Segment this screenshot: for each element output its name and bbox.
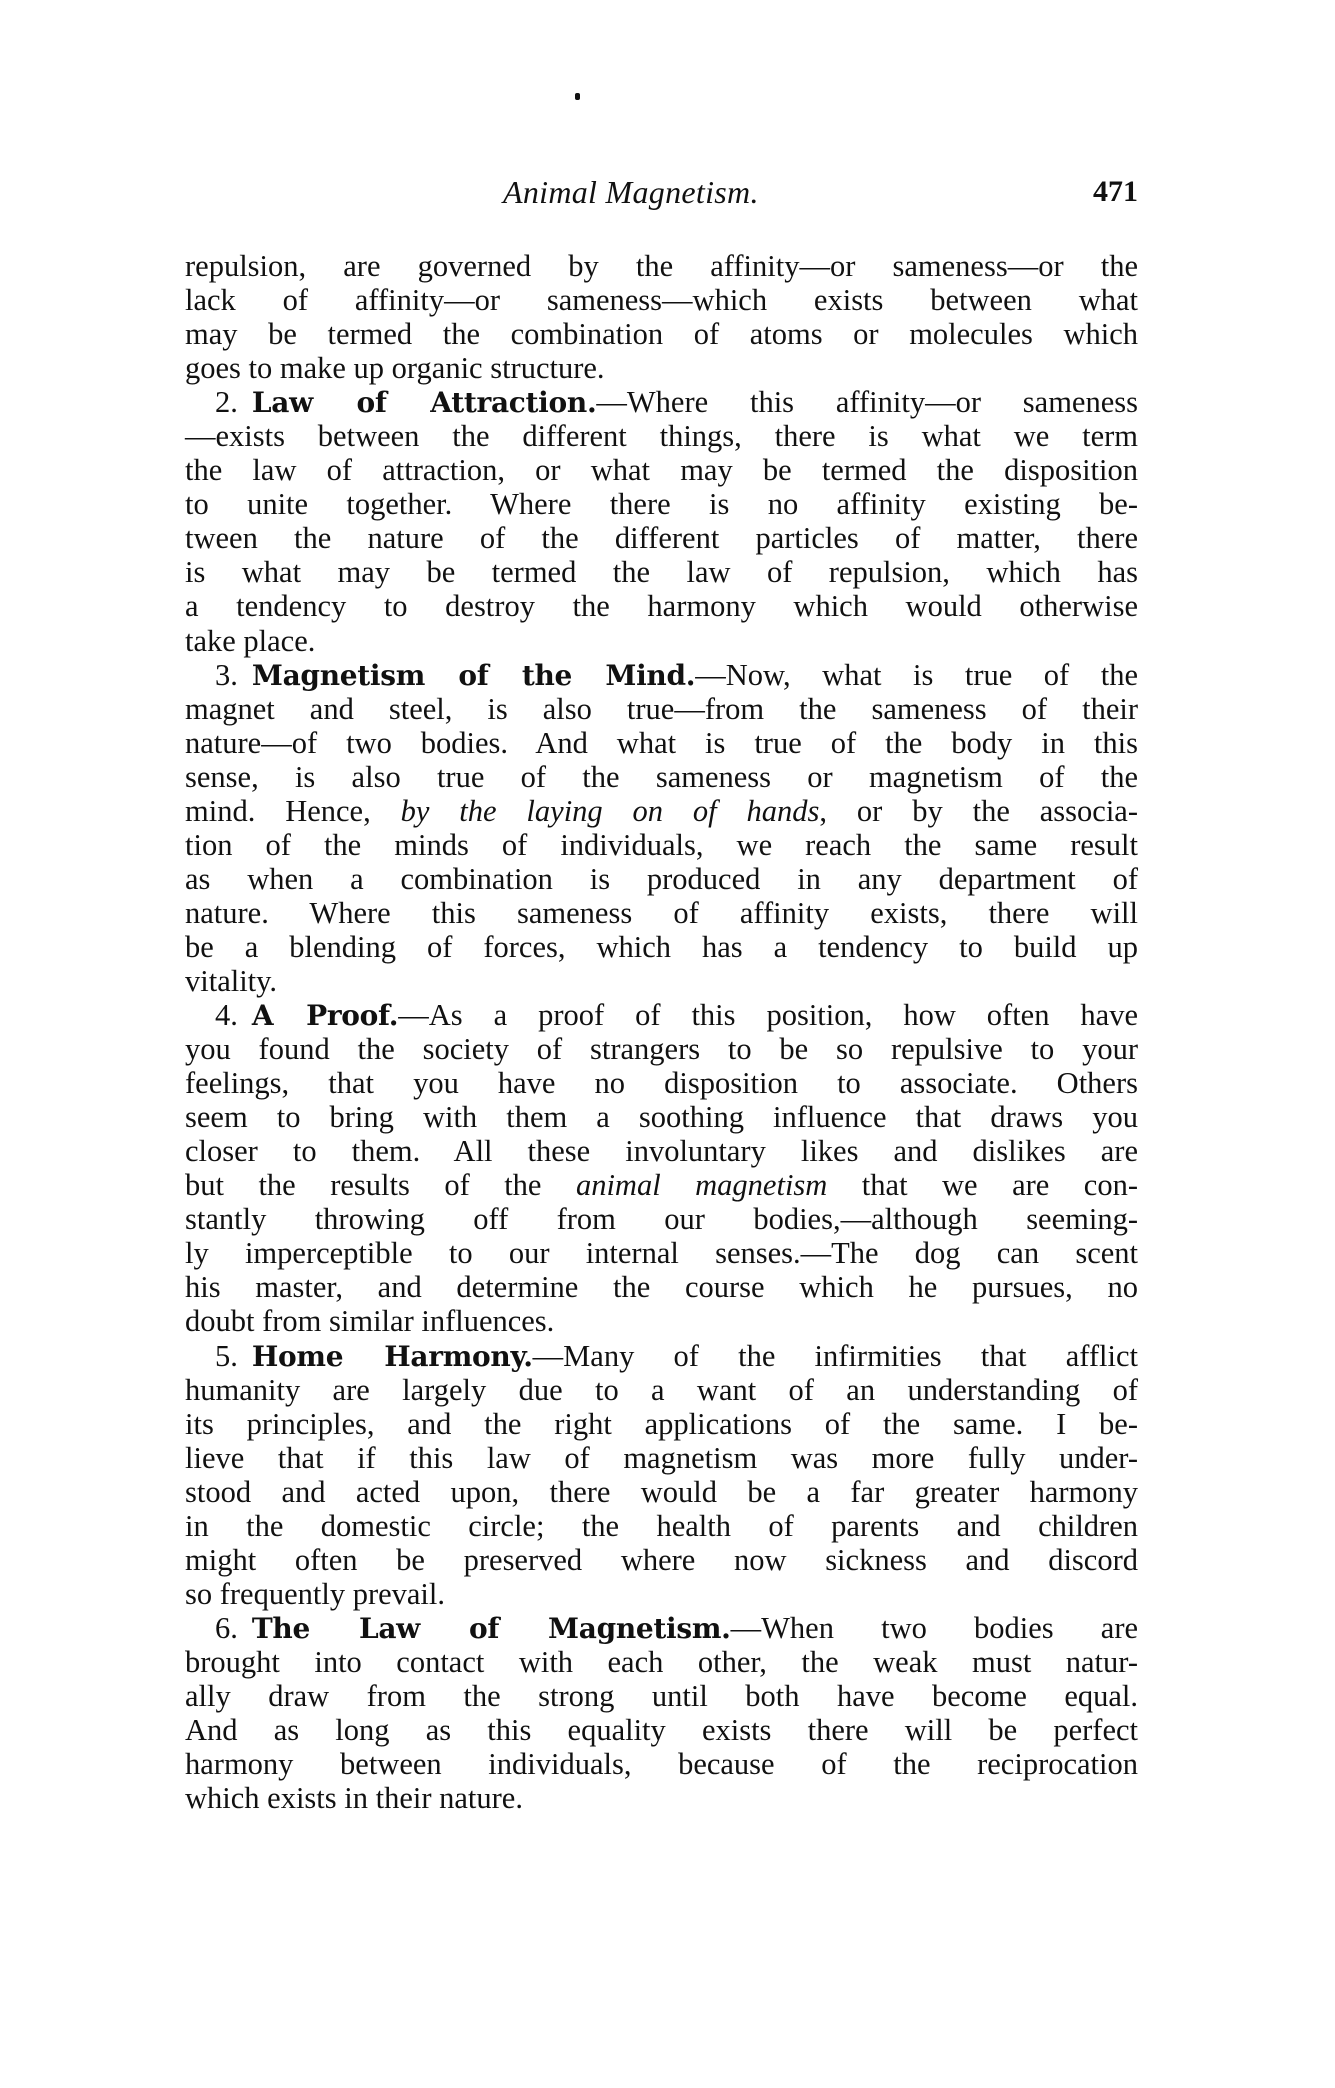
italic-phrase: by the laying on of hands: [401, 794, 820, 828]
paragraph-law-of-magnetism: 6.The Law of Magnetism.—When two bodies …: [185, 1611, 1138, 1815]
running-head: Animal Magnetism. 471: [185, 172, 1138, 212]
text-run: —When two bodies are: [731, 1611, 1138, 1645]
page-number: 471: [1093, 172, 1138, 212]
text-line: ly imperceptible to our internal senses.…: [185, 1236, 1138, 1270]
text-line: 5.Home Harmony.—Many of the infirmities …: [185, 1339, 1138, 1373]
paragraph-continuation: repulsion, are governed by the affinity—…: [185, 249, 1138, 385]
text-line: his master, and determine the course whi…: [185, 1270, 1138, 1304]
paragraph-home-harmony: 5.Home Harmony.—Many of the infirmities …: [185, 1339, 1138, 1611]
text-line: to unite together. Where there is no aff…: [185, 487, 1138, 521]
text-line: —exists between the different things, th…: [185, 419, 1138, 453]
text-line: seem to bring with them a soothing influ…: [185, 1100, 1138, 1134]
text-line: goes to make up organic structure.: [185, 351, 1138, 385]
text-line: closer to them. All these involuntary li…: [185, 1134, 1138, 1168]
section-heading: Law of Attraction.: [252, 386, 597, 419]
running-title: Animal Magnetism.: [503, 172, 759, 212]
text-line: tween the nature of the different partic…: [185, 521, 1138, 555]
text-line: the law of attraction, or what may be te…: [185, 453, 1138, 487]
section-number: 5.: [215, 1339, 238, 1373]
text-line: nature—of two bodies. And what is true o…: [185, 726, 1138, 760]
text-run: —Now, what is true of the: [695, 658, 1138, 692]
italic-phrase: animal magnetism: [576, 1168, 827, 1202]
section-number: 6.: [215, 1611, 238, 1645]
text-line: 3.Magnetism of the Mind.—Now, what is tr…: [185, 658, 1138, 692]
text-line: And as long as this equality exists ther…: [185, 1713, 1138, 1747]
text-run: —As a proof of this position, how often …: [398, 998, 1138, 1032]
text-line: stantly throwing off from our bodies,—al…: [185, 1202, 1138, 1236]
text-line: lieve that if this law of magnetism was …: [185, 1441, 1138, 1475]
text-line: 2.Law of Attraction.—Where this affinity…: [185, 385, 1138, 419]
text-run: —Many of the infirmities that afflict: [533, 1339, 1138, 1373]
text-line: doubt from similar influences.: [185, 1304, 1138, 1338]
text-line: 4.A Proof.—As a proof of this position, …: [185, 998, 1138, 1032]
body-text: repulsion, are governed by the affinity—…: [185, 249, 1138, 1815]
text-line: might often be preserved where now sickn…: [185, 1543, 1138, 1577]
section-heading: Magnetism of the Mind.: [252, 659, 695, 692]
text-line: take place.: [185, 624, 1138, 658]
text-line: as when a combination is produced in any…: [185, 862, 1138, 896]
text-line: lack of affinity—or sameness—which exist…: [185, 283, 1138, 317]
text-line: you found the society of strangers to be…: [185, 1032, 1138, 1066]
text-line: tion of the minds of individuals, we rea…: [185, 828, 1138, 862]
section-number: 4.: [215, 998, 238, 1032]
section-heading: The Law of Magnetism.: [252, 1612, 731, 1645]
text-line: brought into contact with each other, th…: [185, 1645, 1138, 1679]
text-run: that we are con-: [827, 1168, 1138, 1202]
text-line: but the results of the animal magnetism …: [185, 1168, 1138, 1202]
ink-speck: [575, 93, 580, 100]
text-line: humanity are largely due to a want of an…: [185, 1373, 1138, 1407]
text-line: ally draw from the strong until both hav…: [185, 1679, 1138, 1713]
section-heading: Home Harmony.: [252, 1340, 533, 1373]
text-run: —Where this affinity—or sameness: [596, 385, 1138, 419]
section-number: 2.: [215, 385, 238, 419]
text-line: so frequently prevail.: [185, 1577, 1138, 1611]
text-line: sense, is also true of the sameness or m…: [185, 760, 1138, 794]
text-line: repulsion, are governed by the affinity—…: [185, 249, 1138, 283]
text-line: be a blending of forces, which has a ten…: [185, 930, 1138, 964]
text-line: magnet and steel, is also true—from the …: [185, 692, 1138, 726]
paragraph-a-proof: 4.A Proof.—As a proof of this position, …: [185, 998, 1138, 1338]
text-line: may be termed the combination of atoms o…: [185, 317, 1138, 351]
text-run: , or by the associa-: [819, 794, 1138, 828]
text-line: which exists in their nature.: [185, 1781, 1138, 1815]
text-line: a tendency to destroy the harmony which …: [185, 589, 1138, 623]
text-run: mind. Hence,: [185, 794, 401, 828]
text-line: in the domestic circle; the health of pa…: [185, 1509, 1138, 1543]
paragraph-magnetism-of-the-mind: 3.Magnetism of the Mind.—Now, what is tr…: [185, 658, 1138, 998]
section-heading: A Proof.: [252, 999, 398, 1032]
text-line: 6.The Law of Magnetism.—When two bodies …: [185, 1611, 1138, 1645]
paragraph-law-of-attraction: 2.Law of Attraction.—Where this affinity…: [185, 385, 1138, 657]
section-number: 3.: [215, 658, 238, 692]
text-line: feelings, that you have no disposition t…: [185, 1066, 1138, 1100]
text-line: vitality.: [185, 964, 1138, 998]
text-line: stood and acted upon, there would be a f…: [185, 1475, 1138, 1509]
text-run: but the results of the: [185, 1168, 576, 1202]
text-line: its principles, and the right applicatio…: [185, 1407, 1138, 1441]
text-line: mind. Hence, by the laying on of hands, …: [185, 794, 1138, 828]
text-line: nature. Where this sameness of affinity …: [185, 896, 1138, 930]
text-line: harmony between individuals, because of …: [185, 1747, 1138, 1781]
text-line: is what may be termed the law of repulsi…: [185, 555, 1138, 589]
